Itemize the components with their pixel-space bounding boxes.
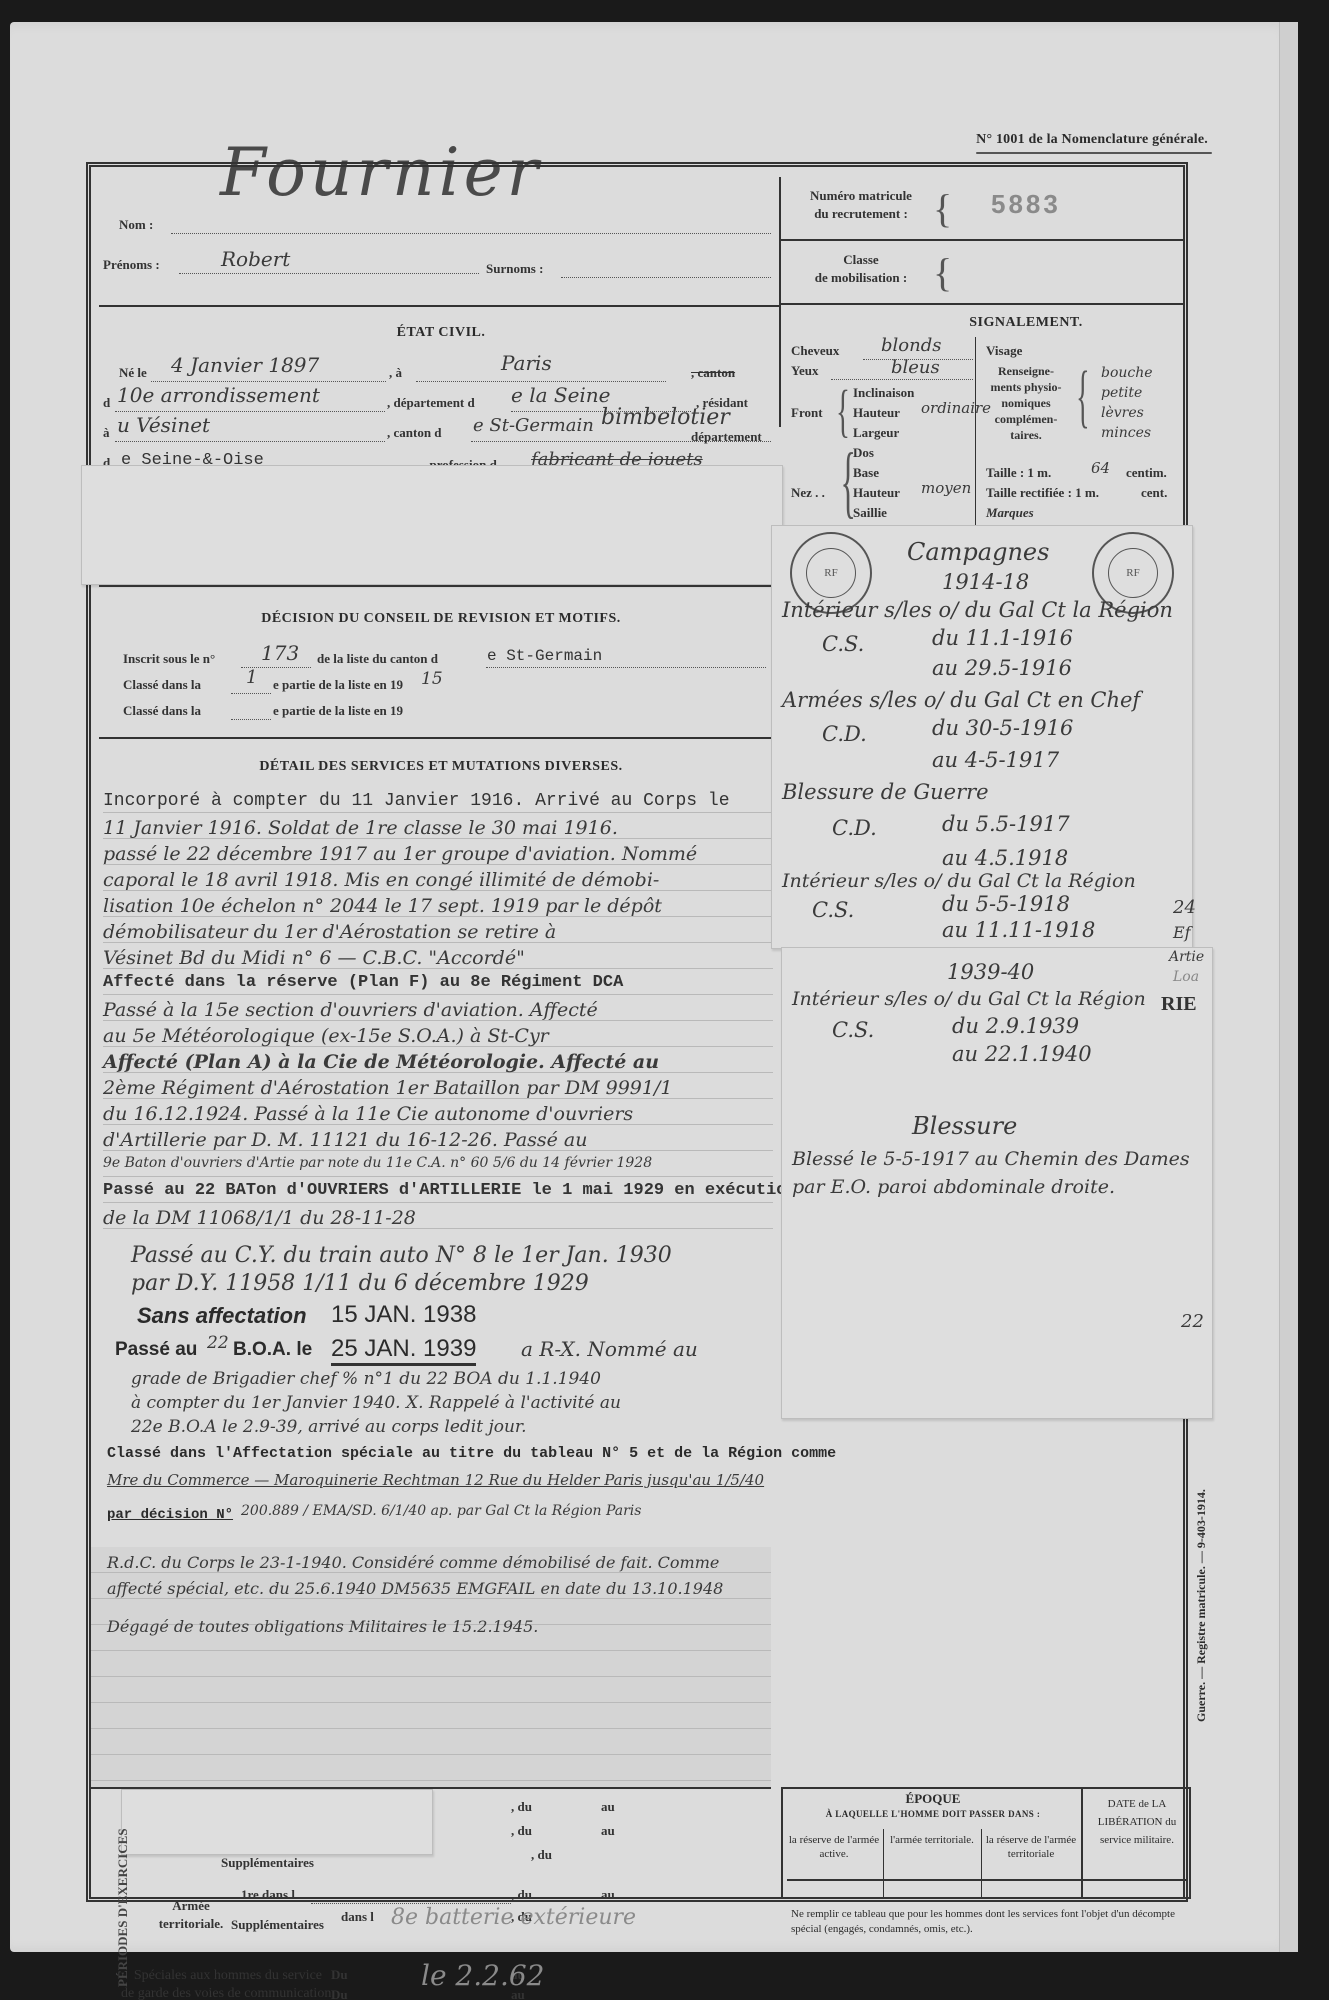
service-line: Affecté (Plan A) à la Cie de Météorologi… <box>103 1051 659 1073</box>
margin-note: Artie <box>1169 949 1204 965</box>
passe-boa-label: Passé au <box>115 1339 197 1361</box>
service-line: Affecté dans la réserve (Plan F) au 8e R… <box>103 973 623 992</box>
renseignement-value: petite <box>1101 383 1153 403</box>
taille-label: Taille : 1 m. <box>986 465 1051 481</box>
final-line: affecté spécial, etc. du 25.6.1940 DM563… <box>107 1579 723 1598</box>
pasted-slip <box>81 465 783 585</box>
ne-le-label: Né le <box>119 365 147 381</box>
liste-label: de la liste du canton d <box>317 651 438 667</box>
liste-value: e St-Germain <box>487 647 602 665</box>
epoque-column-reserve-territoriale: la réserve de l'armée territoriale <box>983 1833 1079 1861</box>
arrondissement-line <box>115 411 385 412</box>
yeux-line <box>831 379 973 380</box>
epoque-table: ÉPOQUE À LAQUELLE L'HOMME DOIT PASSER DA… <box>781 1787 1191 1899</box>
speciales-label-line1: Spéciales aux hommes du service <box>121 1967 335 1985</box>
prenoms-line <box>179 273 479 274</box>
nez-saillie-label: Saillie <box>853 505 887 521</box>
periode-supp-label: Supplémentaires <box>221 1855 314 1871</box>
nez-base-label: Base <box>853 465 879 481</box>
service-line: Passé à la 15e section d'ouvriers d'avia… <box>103 999 598 1021</box>
campagne-heading: Intérieur s/les o/ du Gal Ct la Région <box>792 988 1146 1010</box>
brace: { <box>836 377 850 444</box>
campagne-au: au 4.5.1918 <box>942 846 1068 870</box>
campagne-heading: Intérieur s/les o/ du Gal Ct la Région <box>782 598 1173 622</box>
periodes-vertical-label: PÉRIODES D'EXERCICES <box>115 1828 131 1987</box>
campagnes-period: 1914-18 <box>942 570 1029 594</box>
passe-cy-line: par D.Y. 11958 1/11 du 6 décembre 1929 <box>131 1271 589 1296</box>
prenoms-label: Prénoms : <box>103 257 160 273</box>
campagne-du: du 11.1-1916 <box>932 626 1073 650</box>
margin-note: RIE <box>1161 993 1197 1016</box>
front-hauteur-value: ordinaire <box>921 399 991 417</box>
service-line: 2ème Régiment d'Aérostation 1er Bataillo… <box>103 1077 672 1099</box>
vertical-divider <box>975 337 976 527</box>
campagne-au: au 11.11-1918 <box>942 918 1095 942</box>
blessure-line: Blessé le 5-5-1917 au Chemin des Dames <box>792 1148 1190 1170</box>
premiere-line <box>311 1903 511 1904</box>
speciales-du: Du <box>331 1987 348 2000</box>
passe-boa-mid: B.O.A. le <box>233 1339 312 1361</box>
divider <box>781 239 1183 241</box>
nez-label: Nez . . <box>791 485 825 501</box>
periode-du: , du <box>511 1799 532 1815</box>
renseignements-label: Renseigne- ments physio- nomiques complé… <box>986 363 1066 443</box>
campagne-du: du 30-5-1916 <box>932 716 1073 740</box>
campagne-code: C.S. <box>832 1018 874 1042</box>
a-line <box>416 381 666 382</box>
classe1-label: Classé dans la <box>123 677 201 693</box>
affectation-hand: Mre du Commerce — Maroquinerie Rechtman … <box>107 1471 764 1489</box>
premiere-label: 1re dans l <box>241 1887 295 1903</box>
yeux-label: Yeux <box>791 363 818 379</box>
divider <box>99 305 779 307</box>
side-imprint: Guerre. — Registre matricule. — 9-403-19… <box>1194 1489 1209 1722</box>
taille-unit: centim. <box>1126 465 1167 481</box>
campagnes-title: Campagnes <box>907 538 1049 566</box>
nom-label: Nom : <box>119 217 153 233</box>
periode-du: , du <box>511 1823 532 1839</box>
blessure-title: Blessure <box>912 1112 1017 1140</box>
final-line: R.d.C. du Corps le 23-1-1940. Considéré … <box>107 1553 719 1572</box>
classe-label-line2: de mobilisation : <box>791 269 931 287</box>
campagne-du: du 5-5-1918 <box>942 892 1070 916</box>
renseignement-value: minces <box>1101 423 1153 443</box>
campagne-code: C.D. <box>822 722 867 746</box>
classe1-line <box>231 693 271 694</box>
vertical-divider <box>1081 1789 1083 1899</box>
service-line: d'Artillerie par D. M. 11121 du 16-12-26… <box>103 1129 588 1151</box>
campagne-heading: Intérieur s/les o/ du Gal Ct la Région <box>782 870 1136 892</box>
ne-le-value: 4 Janvier 1897 <box>171 353 319 377</box>
brigadier-line: grade de Brigadier chef % n°1 du 22 BOA … <box>131 1369 601 1389</box>
residant-line <box>115 441 385 442</box>
campagne-heading: Blessure de Guerre <box>782 780 989 804</box>
visage-label: Visage <box>986 343 1022 359</box>
speciales-label: Spéciales aux hommes du service de garde… <box>121 1967 335 2000</box>
residant-prefix: à <box>103 425 110 441</box>
sans-affectation-date: 15 JAN. 1938 <box>331 1301 476 1329</box>
arrondissement-value: 10e arrondissement <box>117 383 320 407</box>
front-label: Front <box>791 405 823 421</box>
renseignements-values: bouche petite lèvres minces <box>1101 363 1153 443</box>
brace: { <box>1076 357 1089 437</box>
brigadier-line: 22e B.O.A le 2.9-39, arrivé au corps led… <box>131 1417 527 1437</box>
divider <box>787 1879 1187 1881</box>
brace: { <box>933 249 952 296</box>
epoque-subtitle: À LAQUELLE L'HOMME DOIT PASSER DANS : <box>783 1809 1083 1819</box>
service-line: lisation 10e échelon n° 2044 le 17 sept.… <box>103 895 662 917</box>
campagnes-card-2: 1939-40 Intérieur s/les o/ du Gal Ct la … <box>781 947 1213 1419</box>
classe1-suffix: e partie de la liste en 19 <box>273 677 403 693</box>
signalement-title: SIGNALEMENT. <box>951 315 1101 331</box>
classe2-suffix: e partie de la liste en 19 <box>273 703 403 719</box>
campagne-au: au 22.1.1940 <box>952 1042 1092 1066</box>
front-inclinaison-label: Inclinaison <box>853 385 914 401</box>
campagne-heading: Armées s/les o/ du Gal Ct en Chef <box>782 688 1140 712</box>
surnoms-label: Surnoms : <box>486 261 543 277</box>
margin-note: Loa <box>1173 969 1199 985</box>
vertical-divider <box>779 177 781 427</box>
periode-au: au <box>601 1823 615 1839</box>
service-line: au 5e Météorologique (ex-15e S.O.A.) à S… <box>103 1025 549 1047</box>
epoque-date-column: DATE de LA LIBÉRATION du service militai… <box>1085 1795 1189 1849</box>
passe-boa-date: 25 JAN. 1939 <box>331 1335 476 1366</box>
campagne-au: au 29.5-1916 <box>932 656 1072 680</box>
supp-hand: 8e batterie extérieure <box>391 1905 636 1930</box>
campagne-au: au 4-5-1917 <box>932 748 1059 772</box>
margin-note: 22 <box>1181 1311 1204 1332</box>
classe1-value: 1 <box>246 667 257 688</box>
passe-boa-num: 22 <box>207 1333 229 1353</box>
periode-au: au <box>601 1799 615 1815</box>
etat-civil-title: ÉTAT CIVIL. <box>351 325 531 341</box>
matricule-label-line1: Numéro matricule <box>791 187 931 205</box>
brigadier-line: à compter du 1er Janvier 1940. X. Rappel… <box>131 1393 621 1413</box>
arrondissement-prefix: d <box>103 395 110 411</box>
divider <box>99 585 779 587</box>
final-ruled-area: R.d.C. du Corps le 23-1-1940. Considéré … <box>91 1547 771 1787</box>
affectation-speciale-stamp: Classé dans l'Affectation spéciale au ti… <box>107 1445 836 1462</box>
epoque-note: Ne remplir ce tableau que pour les homme… <box>791 1907 1187 1937</box>
periode-du: , du <box>531 1847 552 1863</box>
classe-label: Classe de mobilisation : <box>791 251 931 287</box>
divider <box>781 303 1183 305</box>
service-line: passé le 22 décembre 1917 au 1er groupe … <box>103 843 697 865</box>
prenoms-value: Robert <box>221 247 290 271</box>
a-value: Paris <box>501 351 552 375</box>
divider <box>99 737 779 739</box>
canton2-value: e St-Germain <box>473 415 594 436</box>
nomenclature-label: N° 1001 de la Nomenclature générale. <box>976 132 1208 148</box>
classe-label-line1: Classe <box>791 251 931 269</box>
vertical-divider <box>981 1829 982 1899</box>
premiere-du: , du <box>511 1887 532 1903</box>
liste-line <box>486 667 766 668</box>
front-hauteur-label: Hauteur <box>853 405 900 421</box>
campagne-du: du 2.9.1939 <box>952 1014 1079 1038</box>
campagne-du: du 5.5-1917 <box>942 812 1070 836</box>
passe-cy-line: Passé au C.Y. du train auto N° 8 le 1er … <box>131 1243 672 1268</box>
service-line: 9e Baton d'ouvriers d'Artie par note du … <box>103 1155 652 1171</box>
service-line: caporal le 18 avril 1918. Mis en congé i… <box>103 869 659 891</box>
classe1-year: 15 <box>421 669 443 689</box>
armee-territoriale-label: Armée territoriale. <box>151 1897 231 1933</box>
nez-hauteur-label: Hauteur <box>853 485 900 501</box>
margin-note: Ef <box>1173 923 1191 942</box>
renseignement-value: lèvres <box>1101 403 1153 423</box>
speciales-du: Du <box>331 1967 348 1983</box>
renseignement-value: bouche <box>1101 363 1153 383</box>
pasted-slip-small <box>121 1789 433 1855</box>
service-line: du 16.12.1924. Passé à la 11e Cie autono… <box>103 1103 633 1125</box>
front-largeur-label: Largeur <box>853 425 899 441</box>
decision-value: 200.889 / EMA/SD. 6/1/40 ap. par Gal Ct … <box>241 1503 641 1519</box>
cheveux-label: Cheveux <box>791 343 839 359</box>
sans-affectation-stamp: Sans affectation <box>137 1303 307 1329</box>
service-line: Passé au 22 BATon d'OUVRIERS d'ARTILLERI… <box>103 1181 797 1200</box>
profession-value: bimbelotier <box>601 405 730 430</box>
taille-value: 64 <box>1091 459 1110 477</box>
passe-boa-tail: a R-X. Nommé au <box>521 1337 698 1361</box>
campagne-code: C.S. <box>812 898 854 922</box>
service-line: Incorporé à compter du 11 Janvier 1916. … <box>103 791 730 811</box>
inscrit-label: Inscrit sous le n° <box>123 651 215 667</box>
departement-value: e la Seine <box>511 383 611 407</box>
service-line: de la DM 11068/1/1 du 28-11-28 <box>103 1207 416 1229</box>
service-line: démobilisateur du 1er d'Aérostation se r… <box>103 921 556 943</box>
brace: { <box>933 185 952 232</box>
campagnes-card-1: RF RF Campagnes 1914-18 Intérieur s/les … <box>771 525 1193 949</box>
campagne-code: C.D. <box>832 816 877 840</box>
supp-label: Supplémentaires <box>231 1917 324 1933</box>
classe2-line <box>231 719 271 720</box>
marques-label: Marques <box>986 505 1034 521</box>
classe2-label: Classé dans la <box>123 703 201 719</box>
cheveux-value: blonds <box>881 335 941 356</box>
epoque-column-reserve-active: la réserve de l'armée active. <box>787 1833 881 1861</box>
surnoms-line <box>561 277 771 278</box>
final-line: Dégagé de toutes obligations Militaires … <box>107 1617 538 1636</box>
matricule-label: Numéro matricule du recrutement : <box>791 187 931 223</box>
nez-hauteur-value: moyen <box>921 479 971 497</box>
supp-dans: dans l <box>341 1909 374 1925</box>
inscrit-value: 173 <box>261 641 299 665</box>
campagne-code: C.S. <box>822 632 864 656</box>
nom-line <box>171 233 771 234</box>
conseil-title: DÉCISION DU CONSEIL DE REVISION ET MOTIF… <box>171 611 711 627</box>
residant-value: u Vésinet <box>117 413 210 437</box>
margin-note: 24 <box>1173 897 1196 918</box>
a-label: , à <box>389 365 402 381</box>
decision-label: par décision N° <box>107 1507 233 1523</box>
form-frame: Nom : Prénoms : Robert Surnoms : ÉTAT CI… <box>86 162 1188 1902</box>
service-line: Vésinet Bd du Midi n° 6 — C.B.C. "Accord… <box>103 947 525 969</box>
campagnes-period: 1939-40 <box>947 960 1034 984</box>
services-ruled-area: Incorporé à compter du 11 Janvier 1916. … <box>103 787 773 1237</box>
ne-le-line <box>151 381 386 382</box>
departement2-label: département <box>691 429 762 445</box>
departement-label: , département d <box>387 395 475 411</box>
vertical-divider <box>883 1829 884 1899</box>
register-page: N° 1001 de la Nomenclature générale. Fou… <box>10 22 1298 1952</box>
yeux-value: bleus <box>891 357 940 378</box>
speciales-label-line2: de garde des voies de communication. <box>121 1985 335 2000</box>
speciales-hand: le 2.2.62 <box>421 1959 544 1992</box>
services-title: DÉTAIL DES SERVICES ET MUTATIONS DIVERSE… <box>171 759 711 775</box>
blessure-line: par E.O. paroi abdominale droite. <box>792 1176 1115 1198</box>
canton-label-struck: , canton <box>691 365 735 381</box>
matricule-value: 5883 <box>991 189 1061 220</box>
service-line: 11 Janvier 1916. Soldat de 1re classe le… <box>103 817 618 839</box>
epoque-column-territoriale: l'armée territoriale. <box>885 1833 979 1847</box>
nez-dos-label: Dos <box>853 445 874 461</box>
canton2-label: , canton d <box>387 425 442 441</box>
epoque-title: ÉPOQUE <box>783 1791 1083 1807</box>
taille-rectifiee-unit: cent. <box>1141 485 1167 501</box>
matricule-label-line2: du recrutement : <box>791 205 931 223</box>
taille-rectifiee-label: Taille rectifiée : 1 m. <box>986 485 1099 501</box>
page-edge <box>1279 22 1298 1952</box>
premiere-au: au <box>601 1887 615 1903</box>
